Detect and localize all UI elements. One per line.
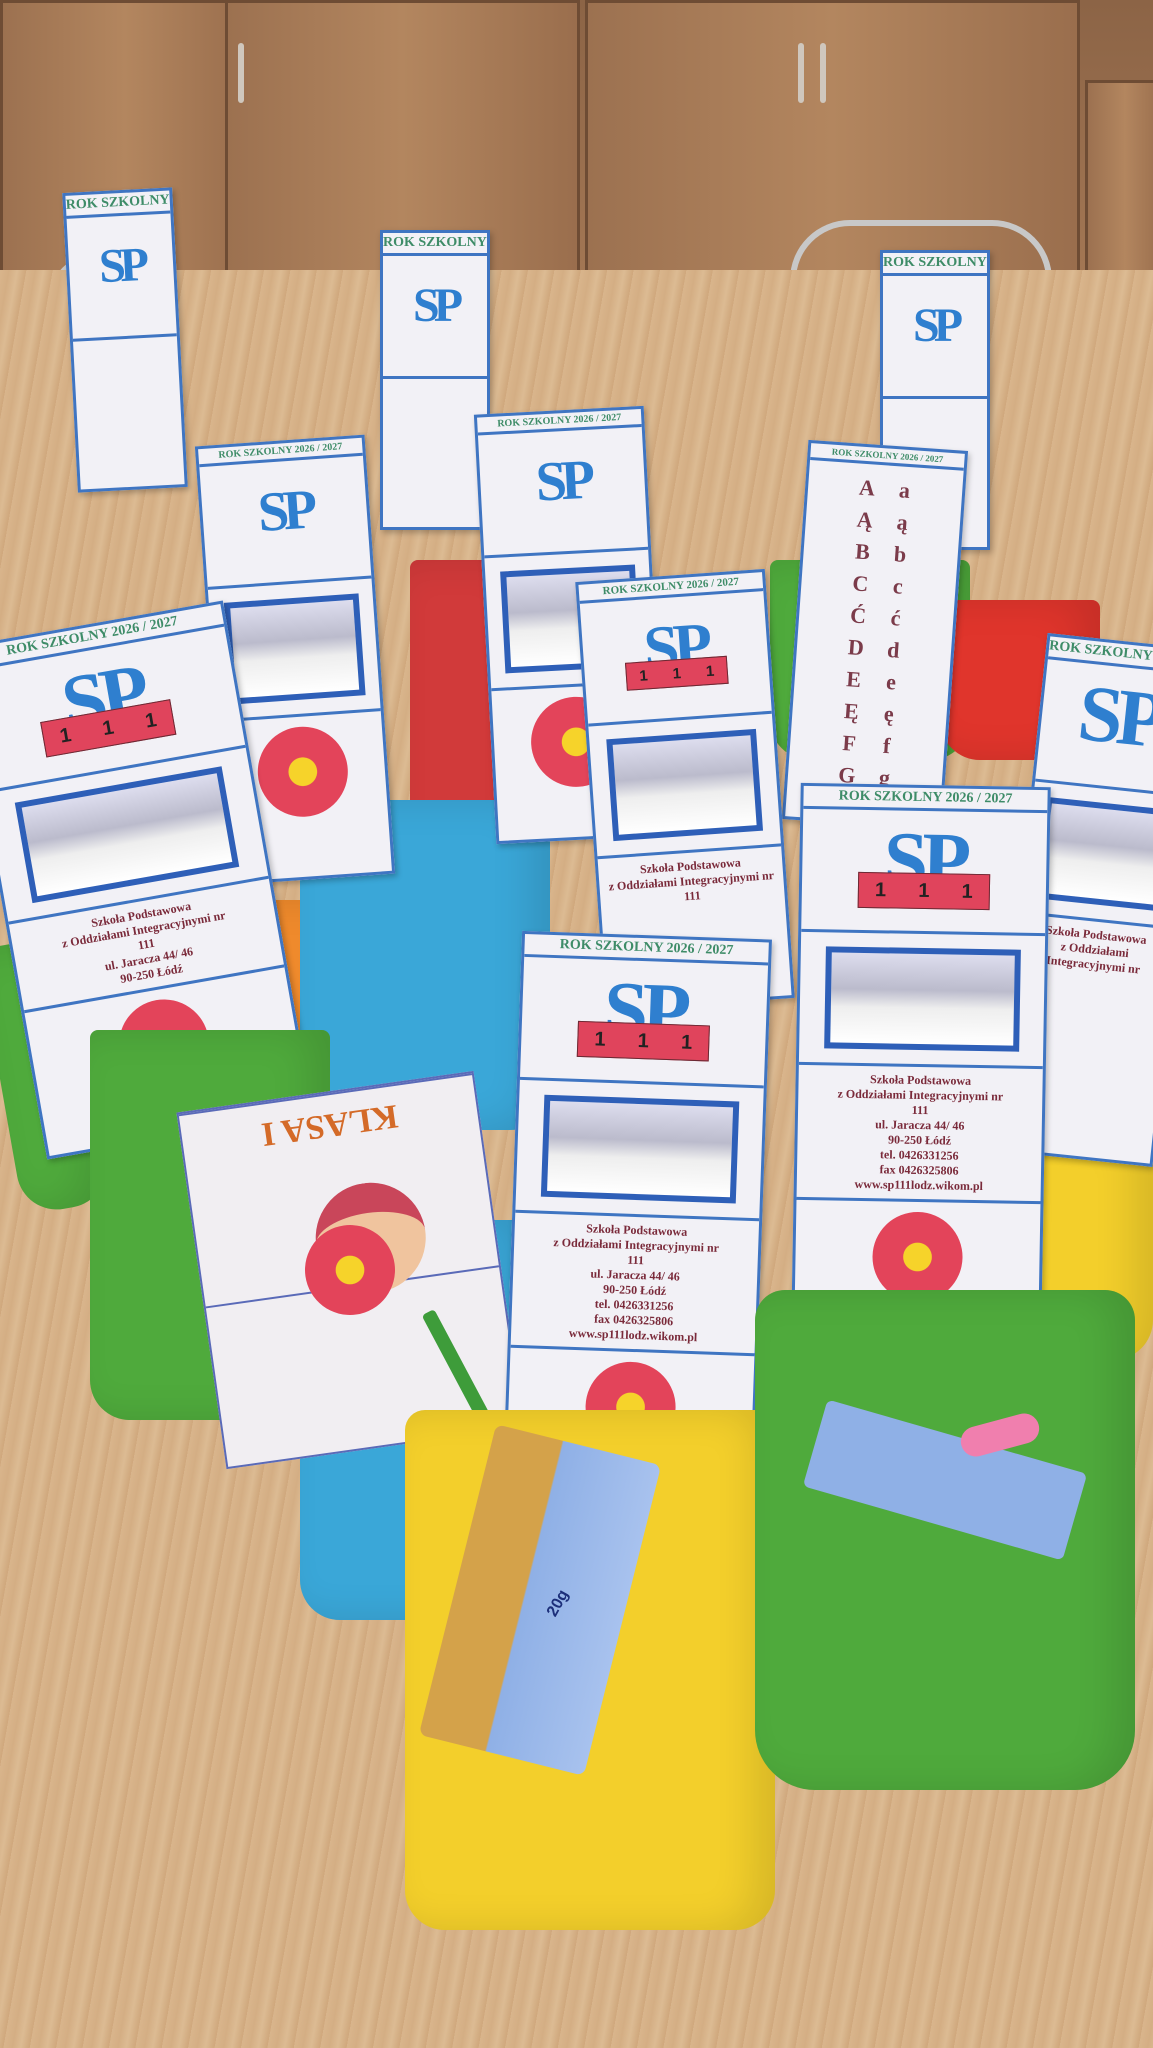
bookmark-header: ROK SZKOLNY 2026 / 2027	[383, 233, 487, 256]
school-address: Szkoła Podstawowaz Oddziałami Integracyj…	[797, 1062, 1043, 1201]
school-building-photo	[1036, 797, 1153, 912]
school-building-photo	[606, 729, 763, 841]
school-building-photo	[824, 946, 1021, 1051]
bookmark-back-2: ROK SZKOLNY 2026 / 2027 SP	[380, 230, 490, 530]
alphabet-uppercase: AĄBCĆDEĘFGHIJKLŁM	[820, 471, 879, 830]
sp-logo: SP	[1075, 673, 1153, 761]
school-address: Szkoła Podstawowaz Oddziałami Integracyj…	[511, 1210, 760, 1353]
sp-logo: SP	[413, 266, 457, 346]
alphabet-bookmark: ROK SZKOLNY 2026 / 2027 AĄBCĆDEĘFGHIJKLŁ…	[782, 440, 968, 830]
sp-logo: SP	[913, 286, 957, 366]
school-building-photo	[540, 1095, 738, 1204]
school-building-photo	[223, 593, 365, 704]
sp-logo: SP	[255, 470, 314, 554]
cup-green-front-right	[755, 1290, 1135, 1790]
bookmark-back-1: ROK SZKOLNY 2026 / 2027 SP	[62, 187, 188, 492]
bookmark-header: ROK SZKOLNY 2026 / 2027	[883, 253, 987, 276]
school-building-photo	[15, 766, 240, 903]
flower-icon	[255, 724, 351, 820]
sp-logo: SP	[534, 440, 591, 523]
sp-logo: SP	[97, 225, 145, 307]
school-address: Szkoła Podstawowaz Oddziałami Integracyj…	[597, 843, 785, 916]
